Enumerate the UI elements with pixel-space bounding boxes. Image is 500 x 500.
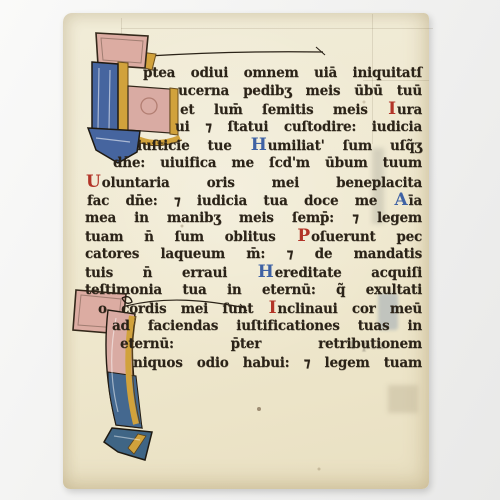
text-line: teſtimonia tua in eternū: q̃ exultati xyxy=(85,281,422,299)
text-segment: mea in manibʒ meis ſemp̄: ⁊ legem xyxy=(85,210,422,226)
versal-initial: I xyxy=(387,99,397,119)
text-line: ad faciendas iuſtificationes tuas in xyxy=(85,317,422,335)
text-line: dn̄e: uiuifica me ſcd'm ūbum tuum xyxy=(85,154,422,172)
versal-initial: P xyxy=(296,226,311,246)
text-segment: ereditate acquiſi xyxy=(275,265,422,281)
text-segment: ucerna pedibʒ meis ūbū tuū xyxy=(178,83,422,99)
versal-initial: H xyxy=(250,135,268,155)
text-segment: fac dn̄e: ⁊ iudicia tua doce me xyxy=(87,193,394,209)
text-line: catores laqueum m̄: ⁊ de mandatis xyxy=(85,245,422,263)
text-line: mea in manibʒ meis ſemp̄: ⁊ legem xyxy=(85,209,422,227)
text-segment: tuis n̄ erraui xyxy=(85,265,257,281)
blue-foot xyxy=(104,428,152,460)
text-line: eternū: p̄ter retributionem xyxy=(85,335,422,353)
text-segment: niquos odio habui: ⁊ legem tuam xyxy=(133,355,422,371)
manuscript-leaf: t pia xyxy=(63,13,429,489)
text-segment: nclinaui cor meū xyxy=(277,301,422,317)
text-segment: tuam n̄ ſum oblitus xyxy=(85,229,296,245)
text-segment: ui ⁊ ſtatui cuſtodire: iudicia xyxy=(175,119,422,135)
text-line: ucerna pedibʒ meis ūbū tuū xyxy=(85,82,422,100)
text-segment: iuſticie tue xyxy=(137,138,250,154)
text-segment: dn̄e: uiuifica me ſcd'm ūbum tuum xyxy=(113,155,422,171)
text-line: et lum̄ ſemitis meis Iura xyxy=(85,100,422,118)
text-line: ui ⁊ ſtatui cuſtodire: iudicia xyxy=(85,118,422,136)
text-line: iuſticie tue Humiliat' ſum uſq̃ʒ xyxy=(85,136,422,154)
showthrough-patch xyxy=(388,385,418,413)
text-segment: eternū: p̄ter retributionem xyxy=(120,336,422,352)
pen-flourish xyxy=(148,52,323,56)
text-segment: teſtimonia tua in eternū: q̃ exultati xyxy=(85,282,422,298)
text-line: fac dn̄e: ⁊ iudicia tua doce me Aīa xyxy=(85,191,422,209)
text-segment: umiliat' ſum uſq̃ʒ xyxy=(268,138,422,154)
foxing-speckles xyxy=(63,13,65,15)
text-segment: et lum̄ ſemitis meis xyxy=(180,102,387,118)
text-line: niquos odio habui: ⁊ legem tuam xyxy=(85,354,422,372)
text-line: tuis n̄ erraui Hereditate acquiſi xyxy=(85,263,422,281)
text-segment: īa xyxy=(409,193,422,209)
text-line: ptea odiui omnem uiā iniquitatſ xyxy=(85,64,422,82)
text-block: ptea odiui omnem uiā iniquitatſucerna pe… xyxy=(85,64,422,372)
text-segment: oſuerunt pec xyxy=(311,229,422,245)
text-segment: ad faciendas iuſtificationes tuas in xyxy=(112,318,422,334)
versal-initial: I xyxy=(268,298,278,318)
text-segment: catores laqueum m̄: ⁊ de mandatis xyxy=(85,246,422,262)
versal-initial: A xyxy=(394,190,409,210)
versal-initial: U xyxy=(85,172,102,192)
manuscript-photo: t pia xyxy=(0,0,500,500)
text-segment: oluntaria oris mei beneplacita xyxy=(102,175,422,191)
text-line: tuam n̄ ſum oblitus Poſuerunt pec xyxy=(85,227,422,245)
text-segment: ptea odiui omnem uiā iniquitatſ xyxy=(143,65,422,81)
text-line: Uoluntaria oris mei beneplacita xyxy=(85,173,422,191)
text-segment: ura xyxy=(397,102,422,118)
text-segment: o cordis mei ſunt xyxy=(98,301,268,317)
versal-initial: H xyxy=(257,262,275,282)
text-line: o cordis mei ſunt Inclinaui cor meū xyxy=(85,299,422,317)
